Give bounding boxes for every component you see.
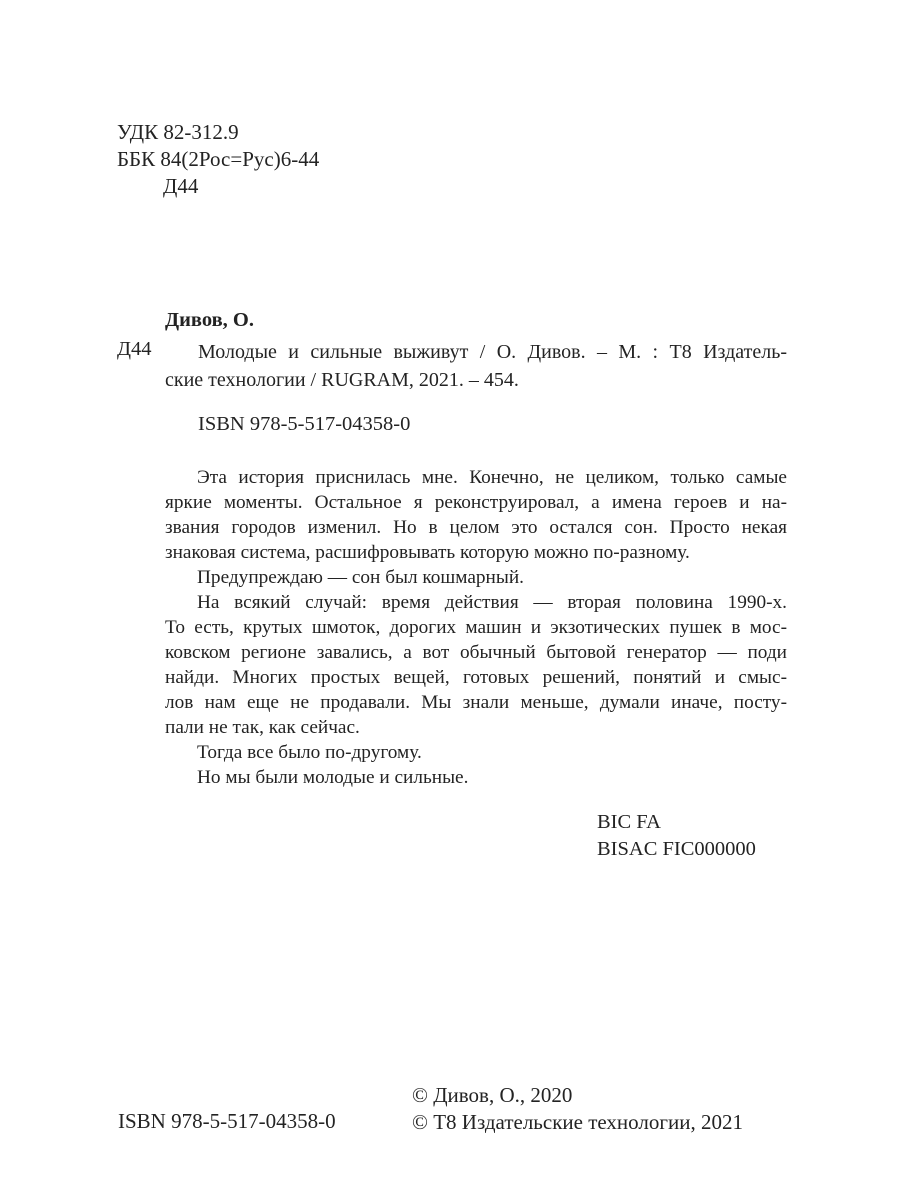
annotation-line: яркие моменты. Остальное я реконструиров… bbox=[165, 490, 787, 515]
annotation-block: Эта история приснилась мне. Конечно, не … bbox=[165, 465, 787, 790]
annotation-line: ковском регионе завались, а вот обычный … bbox=[165, 640, 787, 665]
bibliographic-record: Молодые и сильные выживут / О. Дивов. – … bbox=[165, 338, 787, 394]
annotation-line: Тогда все было по-другому. bbox=[165, 740, 787, 765]
isbn-line: ISBN 978-5-517-04358-0 bbox=[198, 413, 410, 436]
annotation-line: звания городов изменил. Но в целом это о… bbox=[165, 515, 787, 540]
copyright-block: © Дивов, О., 2020© Т8 Издательские техно… bbox=[412, 1082, 743, 1136]
annotation-line: Но мы были молодые и сильные. bbox=[165, 765, 787, 790]
copyright-line: © Т8 Издательские технологии, 2021 bbox=[412, 1109, 743, 1136]
author-heading: Дивов, О. bbox=[165, 309, 254, 332]
catalog-author-sign: Д44 bbox=[117, 338, 151, 361]
book-imprint-page: УДК 82-312.9 ББК 84(2Рос=Рус)6-44 Д44 Ди… bbox=[0, 0, 900, 1200]
annotation-line: То есть, крутых шмоток, дорогих машин и … bbox=[165, 615, 787, 640]
codes-block: BIC FA BISAC FIC000000 bbox=[597, 809, 756, 863]
annotation-line: Предупреждаю — сон был кошмарный. bbox=[165, 565, 787, 590]
annotation-line: На всякий случай: время действия — втора… bbox=[165, 590, 787, 615]
bisac-code: BISAC FIC000000 bbox=[597, 836, 756, 863]
footer-isbn: ISBN 978-5-517-04358-0 bbox=[118, 1109, 336, 1134]
udk-line: УДК 82-312.9 bbox=[117, 119, 319, 146]
annotation-line: пали не так, как сейчас. bbox=[165, 715, 787, 740]
record-line: ские технологии / RUGRAM, 2021. – 454. bbox=[165, 366, 787, 394]
annotation-line: знаковая система, расшифровывать которую… bbox=[165, 540, 787, 565]
copyright-line: © Дивов, О., 2020 bbox=[412, 1082, 743, 1109]
bic-code: BIC FA bbox=[597, 809, 756, 836]
annotation-line: лов нам еще не продавали. Мы знали меньш… bbox=[165, 690, 787, 715]
author-sign-line: Д44 bbox=[117, 173, 319, 200]
annotation-line: Эта история приснилась мне. Конечно, не … bbox=[165, 465, 787, 490]
classification-block: УДК 82-312.9 ББК 84(2Рос=Рус)6-44 Д44 bbox=[117, 119, 319, 200]
bbk-line: ББК 84(2Рос=Рус)6-44 bbox=[117, 146, 319, 173]
record-line: Молодые и сильные выживут / О. Дивов. – … bbox=[165, 338, 787, 366]
annotation-line: найди. Многих простых вещей, готовых реш… bbox=[165, 665, 787, 690]
